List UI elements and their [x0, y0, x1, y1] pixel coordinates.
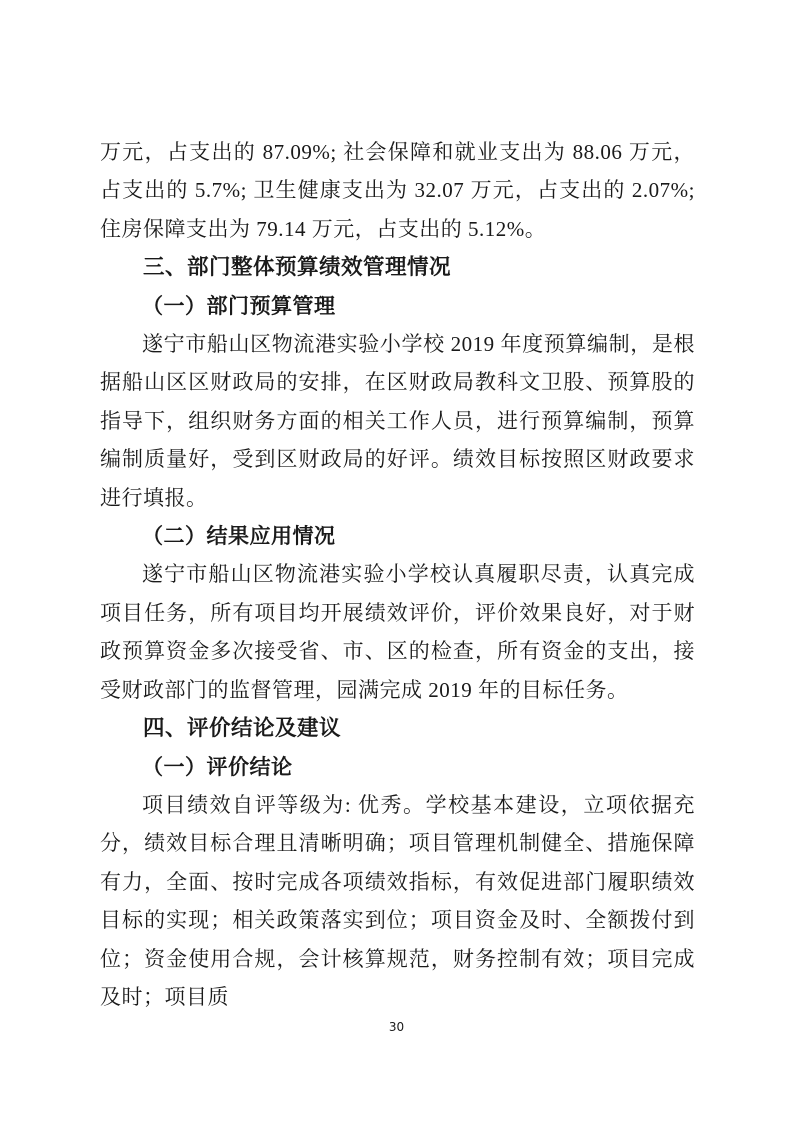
- section-heading-evaluation-conclusion-and-suggestions: 四、评价结论及建议: [100, 709, 695, 747]
- document-body: 万元，占支出的 87.09%; 社会保障和就业支出为 88.06 万元，占支出的…: [100, 133, 695, 1016]
- subsection-heading-evaluation-conclusion: （一）评价结论: [100, 748, 695, 786]
- paragraph-evaluation-conclusion: 项目绩效自评等级为: 优秀。学校基本建设，立项依据充分，绩效目标合理且清晰明确；…: [100, 786, 695, 1016]
- subsection-heading-department-budget-management: （一）部门预算管理: [100, 287, 695, 325]
- subsection-heading-result-application: （二）结果应用情况: [100, 517, 695, 555]
- section-heading-budget-performance-management: 三、部门整体预算绩效管理情况: [100, 248, 695, 286]
- document-page: 万元，占支出的 87.09%; 社会保障和就业支出为 88.06 万元，占支出的…: [0, 0, 793, 1122]
- paragraph-expenditure-breakdown-continued: 万元，占支出的 87.09%; 社会保障和就业支出为 88.06 万元，占支出的…: [100, 133, 695, 248]
- page-number: 30: [0, 1020, 793, 1034]
- paragraph-budget-preparation: 遂宁市船山区物流港实验小学校 2019 年度预算编制，是根据船山区区财政局的安排…: [100, 325, 695, 517]
- paragraph-result-application: 遂宁市船山区物流港实验小学校认真履职尽责，认真完成项目任务，所有项目均开展绩效评…: [100, 555, 695, 709]
